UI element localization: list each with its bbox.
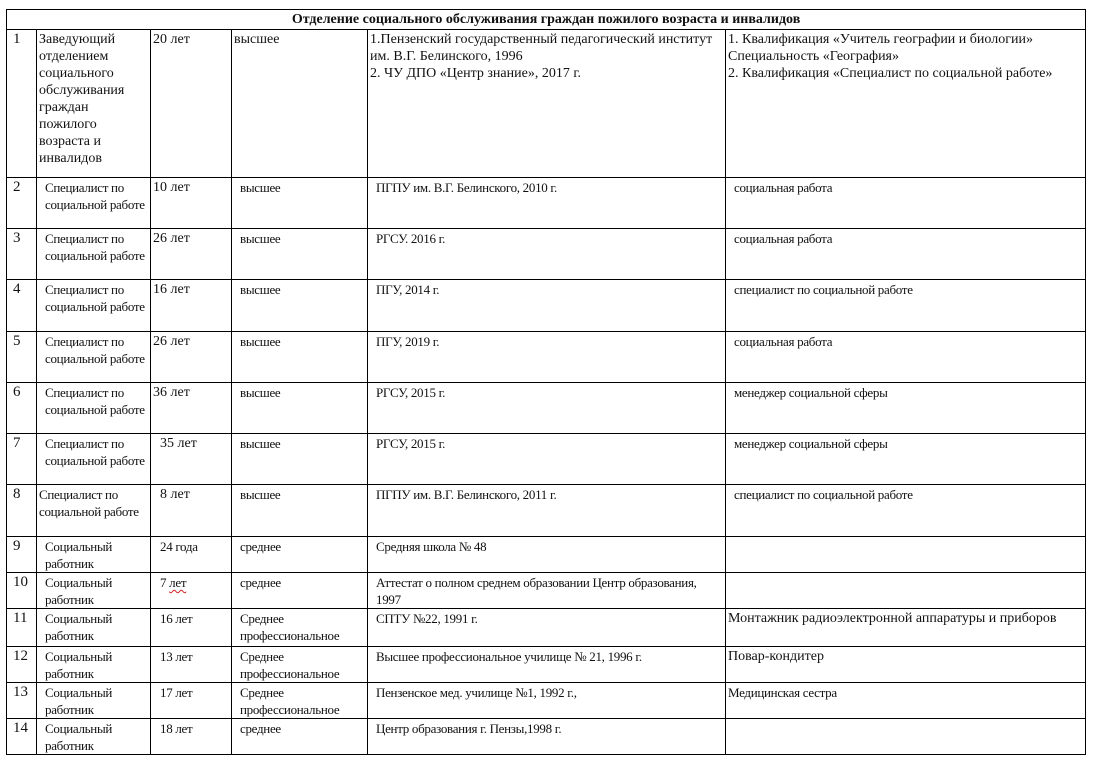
table-row: 9 Социальный работник 24 года среднее Ср… xyxy=(7,537,1086,573)
row-number: 6 xyxy=(7,383,37,434)
table-row: 14 Социальный работник 18 лет среднее Це… xyxy=(7,719,1086,755)
table-row: 3 Специалист по социальной работе 26 лет… xyxy=(7,229,1086,280)
experience-cell: 10 лет xyxy=(151,178,232,229)
qualification-cell: социальная работа xyxy=(726,178,1086,229)
table-title: Отделение социального обслуживания гражд… xyxy=(7,10,1086,30)
qualification-cell xyxy=(726,537,1086,573)
qualification-cell: 1. Квалификация «Учитель географии и био… xyxy=(726,30,1086,178)
table-row: 6 Специалист по социальной работе 36 лет… xyxy=(7,383,1086,434)
qualification-cell: специалист по социальной работе xyxy=(726,280,1086,332)
qualification-cell: социальная работа xyxy=(726,229,1086,280)
education-level-cell: высшее xyxy=(232,280,368,332)
qualification-cell: менеджер социальной сферы xyxy=(726,383,1086,434)
experience-cell: 35 лет xyxy=(151,434,232,485)
institution-cell: 1.Пензенский государственный педагогичес… xyxy=(368,30,726,178)
institution-cell: ПГПУ им. В.Г. Белинского, 2010 г. xyxy=(368,178,726,229)
position-cell: Социальный работник xyxy=(37,609,151,647)
table-row: 7 Специалист по социальной работе 35 лет… xyxy=(7,434,1086,485)
position-cell: Специалист по социальной работе xyxy=(37,229,151,280)
position-cell: Специалист по социальной работе xyxy=(37,383,151,434)
education-level-cell: среднее xyxy=(232,537,368,573)
experience-cell: 8 лет xyxy=(151,485,232,537)
table-row: 5 Специалист по социальной работе 26 лет… xyxy=(7,332,1086,383)
experience-cell: 16 лет xyxy=(151,280,232,332)
row-number: 7 xyxy=(7,434,37,485)
education-level-cell: Среднее профессиональное xyxy=(232,647,368,683)
table-row: 10 Социальный работник 7 лет среднее Атт… xyxy=(7,573,1086,609)
qualification-cell xyxy=(726,573,1086,609)
row-number: 10 xyxy=(7,573,37,609)
table-row: 8 Специалист по социальной работе 8 лет … xyxy=(7,485,1086,537)
row-number: 1 xyxy=(7,30,37,178)
row-number: 5 xyxy=(7,332,37,383)
qualification-cell: Монтажник радиоэлектронной аппаратуры и … xyxy=(726,609,1086,647)
education-level-cell: Среднее профессиональное xyxy=(232,609,368,647)
education-level-cell: высшее xyxy=(232,434,368,485)
institution-cell: ПГУ, 2019 г. xyxy=(368,332,726,383)
qualification-cell: менеджер социальной сферы xyxy=(726,434,1086,485)
education-level-cell: высшее xyxy=(232,178,368,229)
qualification-cell: специалист по социальной работе xyxy=(726,485,1086,537)
qualification-cell: Медицинская сестра xyxy=(726,683,1086,719)
position-cell: Социальный работник xyxy=(37,573,151,609)
experience-cell: 20 лет xyxy=(151,30,232,178)
position-cell: Социальный работник xyxy=(37,683,151,719)
position-cell: Специалист по социальной работе xyxy=(37,332,151,383)
experience-cell: 36 лет xyxy=(151,383,232,434)
table-row: 12 Социальный работник 13 лет Среднее пр… xyxy=(7,647,1086,683)
position-cell: Специалист по социальной работе xyxy=(37,178,151,229)
education-level-cell: среднее xyxy=(232,573,368,609)
table-row: 1 Заведующий отделением социального обсл… xyxy=(7,30,1086,178)
row-number: 8 xyxy=(7,485,37,537)
experience-cell: 18 лет xyxy=(151,719,232,755)
education-level-cell: высшее xyxy=(232,229,368,280)
table-row: 4 Специалист по социальной работе 16 лет… xyxy=(7,280,1086,332)
position-cell: Специалист по социальной работе xyxy=(37,280,151,332)
education-level-cell: высшее xyxy=(232,332,368,383)
staff-table: Отделение социального обслуживания гражд… xyxy=(6,9,1086,755)
table-title-row: Отделение социального обслуживания гражд… xyxy=(7,10,1086,30)
row-number: 14 xyxy=(7,719,37,755)
row-number: 4 xyxy=(7,280,37,332)
position-cell: Социальный работник xyxy=(37,647,151,683)
row-number: 3 xyxy=(7,229,37,280)
institution-cell: Высшее профессиональное училище № 21, 19… xyxy=(368,647,726,683)
document-page: Отделение социального обслуживания гражд… xyxy=(6,9,1085,755)
education-level-cell: среднее xyxy=(232,719,368,755)
institution-cell: Аттестат о полном среднем образовании Це… xyxy=(368,573,726,609)
experience-cell: 26 лет xyxy=(151,229,232,280)
table-row: 11 Социальный работник 16 лет Среднее пр… xyxy=(7,609,1086,647)
row-number: 12 xyxy=(7,647,37,683)
institution-cell: СПТУ №22, 1991 г. xyxy=(368,609,726,647)
experience-cell: 7 лет xyxy=(151,573,232,609)
institution-cell: РГСУ, 2015 г. xyxy=(368,383,726,434)
institution-cell: Центр образования г. Пензы,1998 г. xyxy=(368,719,726,755)
row-number: 2 xyxy=(7,178,37,229)
spellcheck-flagged-word: лет xyxy=(169,575,186,590)
qualification-cell: социальная работа xyxy=(726,332,1086,383)
qualification-cell xyxy=(726,719,1086,755)
row-number: 9 xyxy=(7,537,37,573)
education-level-cell: высшее xyxy=(232,383,368,434)
position-cell: Заведующий отделением социального обслуж… xyxy=(37,30,151,178)
institution-cell: Пензенское мед. училище №1, 1992 г., xyxy=(368,683,726,719)
experience-value: 7 xyxy=(160,575,166,590)
education-level-cell: Среднее профессиональное xyxy=(232,683,368,719)
institution-cell: РГСУ. 2016 г. xyxy=(368,229,726,280)
institution-cell: Средняя школа № 48 xyxy=(368,537,726,573)
row-number: 13 xyxy=(7,683,37,719)
qualification-cell: Повар-кондитер xyxy=(726,647,1086,683)
row-number: 11 xyxy=(7,609,37,647)
position-cell: Специалист по социальной работе xyxy=(37,434,151,485)
experience-cell: 16 лет xyxy=(151,609,232,647)
table-row: 13 Социальный работник 17 лет Среднее пр… xyxy=(7,683,1086,719)
education-level-cell: высшее xyxy=(232,485,368,537)
position-cell: Социальный работник xyxy=(37,719,151,755)
institution-cell: ПГПУ им. В.Г. Белинского, 2011 г. xyxy=(368,485,726,537)
table-row: 2 Специалист по социальной работе 10 лет… xyxy=(7,178,1086,229)
institution-cell: ПГУ, 2014 г. xyxy=(368,280,726,332)
experience-cell: 26 лет xyxy=(151,332,232,383)
experience-cell: 24 года xyxy=(151,537,232,573)
education-level-cell: высшее xyxy=(232,30,368,178)
experience-cell: 17 лет xyxy=(151,683,232,719)
position-cell: Социальный работник xyxy=(37,537,151,573)
institution-cell: РГСУ, 2015 г. xyxy=(368,434,726,485)
experience-cell: 13 лет xyxy=(151,647,232,683)
position-cell: Специалист по социальной работе xyxy=(37,485,151,537)
